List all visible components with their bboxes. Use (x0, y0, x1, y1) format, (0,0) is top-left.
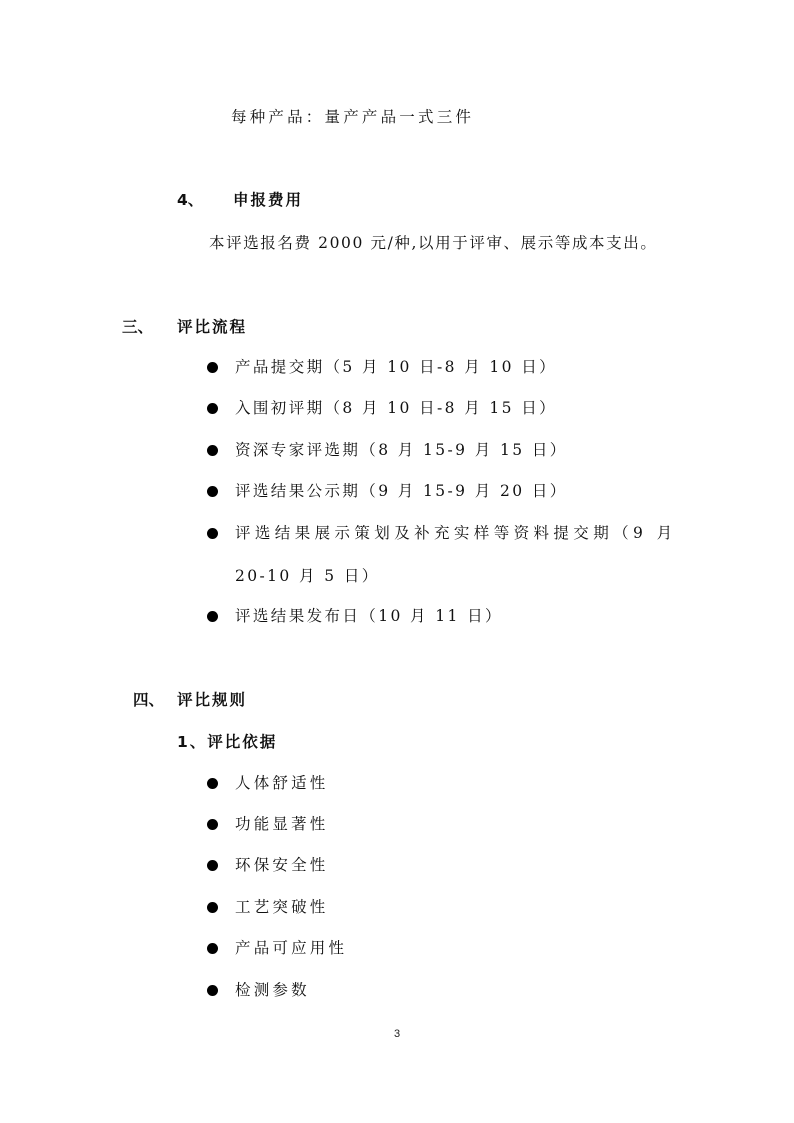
bullet-icon (207, 902, 218, 913)
section-process-title: 评比流程 (177, 317, 247, 337)
process-item: 评选结果公示期（9 月 15-9 月 20 日） (235, 481, 568, 501)
process-item: 评选结果展示策划及补充实样等资料提交期（9 月 (235, 523, 677, 543)
page-number: 3 (394, 1028, 400, 1040)
bullet-icon (207, 403, 218, 414)
document-page: 每种产品：量产产品一式三件 4、 申报费用 本评选报名费 2000 元/种,以用… (0, 0, 794, 1123)
criteria-item: 环保安全性 (235, 855, 329, 875)
criteria-item: 工艺突破性 (235, 897, 329, 917)
bullet-icon (207, 528, 218, 539)
sample-requirement-line: 每种产品：量产产品一式三件 (231, 107, 474, 127)
criteria-item: 功能显著性 (235, 814, 329, 834)
bullet-icon (207, 486, 218, 497)
bullet-icon (207, 819, 218, 830)
section-rules-title: 评比规则 (177, 690, 247, 710)
bullet-icon (207, 611, 218, 622)
process-item: 资深专家评选期（8 月 15-9 月 15 日） (235, 440, 568, 460)
process-item: 产品提交期（5 月 10 日-8 月 10 日） (235, 357, 557, 377)
bullet-icon (207, 445, 218, 456)
section-fee-number: 4、 (177, 190, 203, 210)
criteria-item: 产品可应用性 (235, 938, 347, 958)
process-item: 评选结果发布日（10 月 11 日） (235, 606, 503, 626)
process-item: 入围初评期（8 月 10 日-8 月 15 日） (235, 398, 557, 418)
process-item-continuation: 20-10 月 5 日） (235, 566, 380, 586)
bullet-icon (207, 985, 218, 996)
subsection-criteria-title: 1、评比依据 (177, 732, 277, 752)
section-rules-number: 四、 (133, 690, 164, 710)
criteria-item: 检测参数 (235, 980, 310, 1000)
bullet-icon (207, 362, 218, 373)
bullet-icon (207, 778, 218, 789)
criteria-item: 人体舒适性 (235, 773, 329, 793)
section-fee-title: 申报费用 (233, 190, 303, 210)
section-fee-body: 本评选报名费 2000 元/种,以用于评审、展示等成本支出。 (209, 233, 657, 253)
bullet-icon (207, 860, 218, 871)
bullet-icon (207, 943, 218, 954)
section-process-number: 三、 (122, 317, 153, 337)
